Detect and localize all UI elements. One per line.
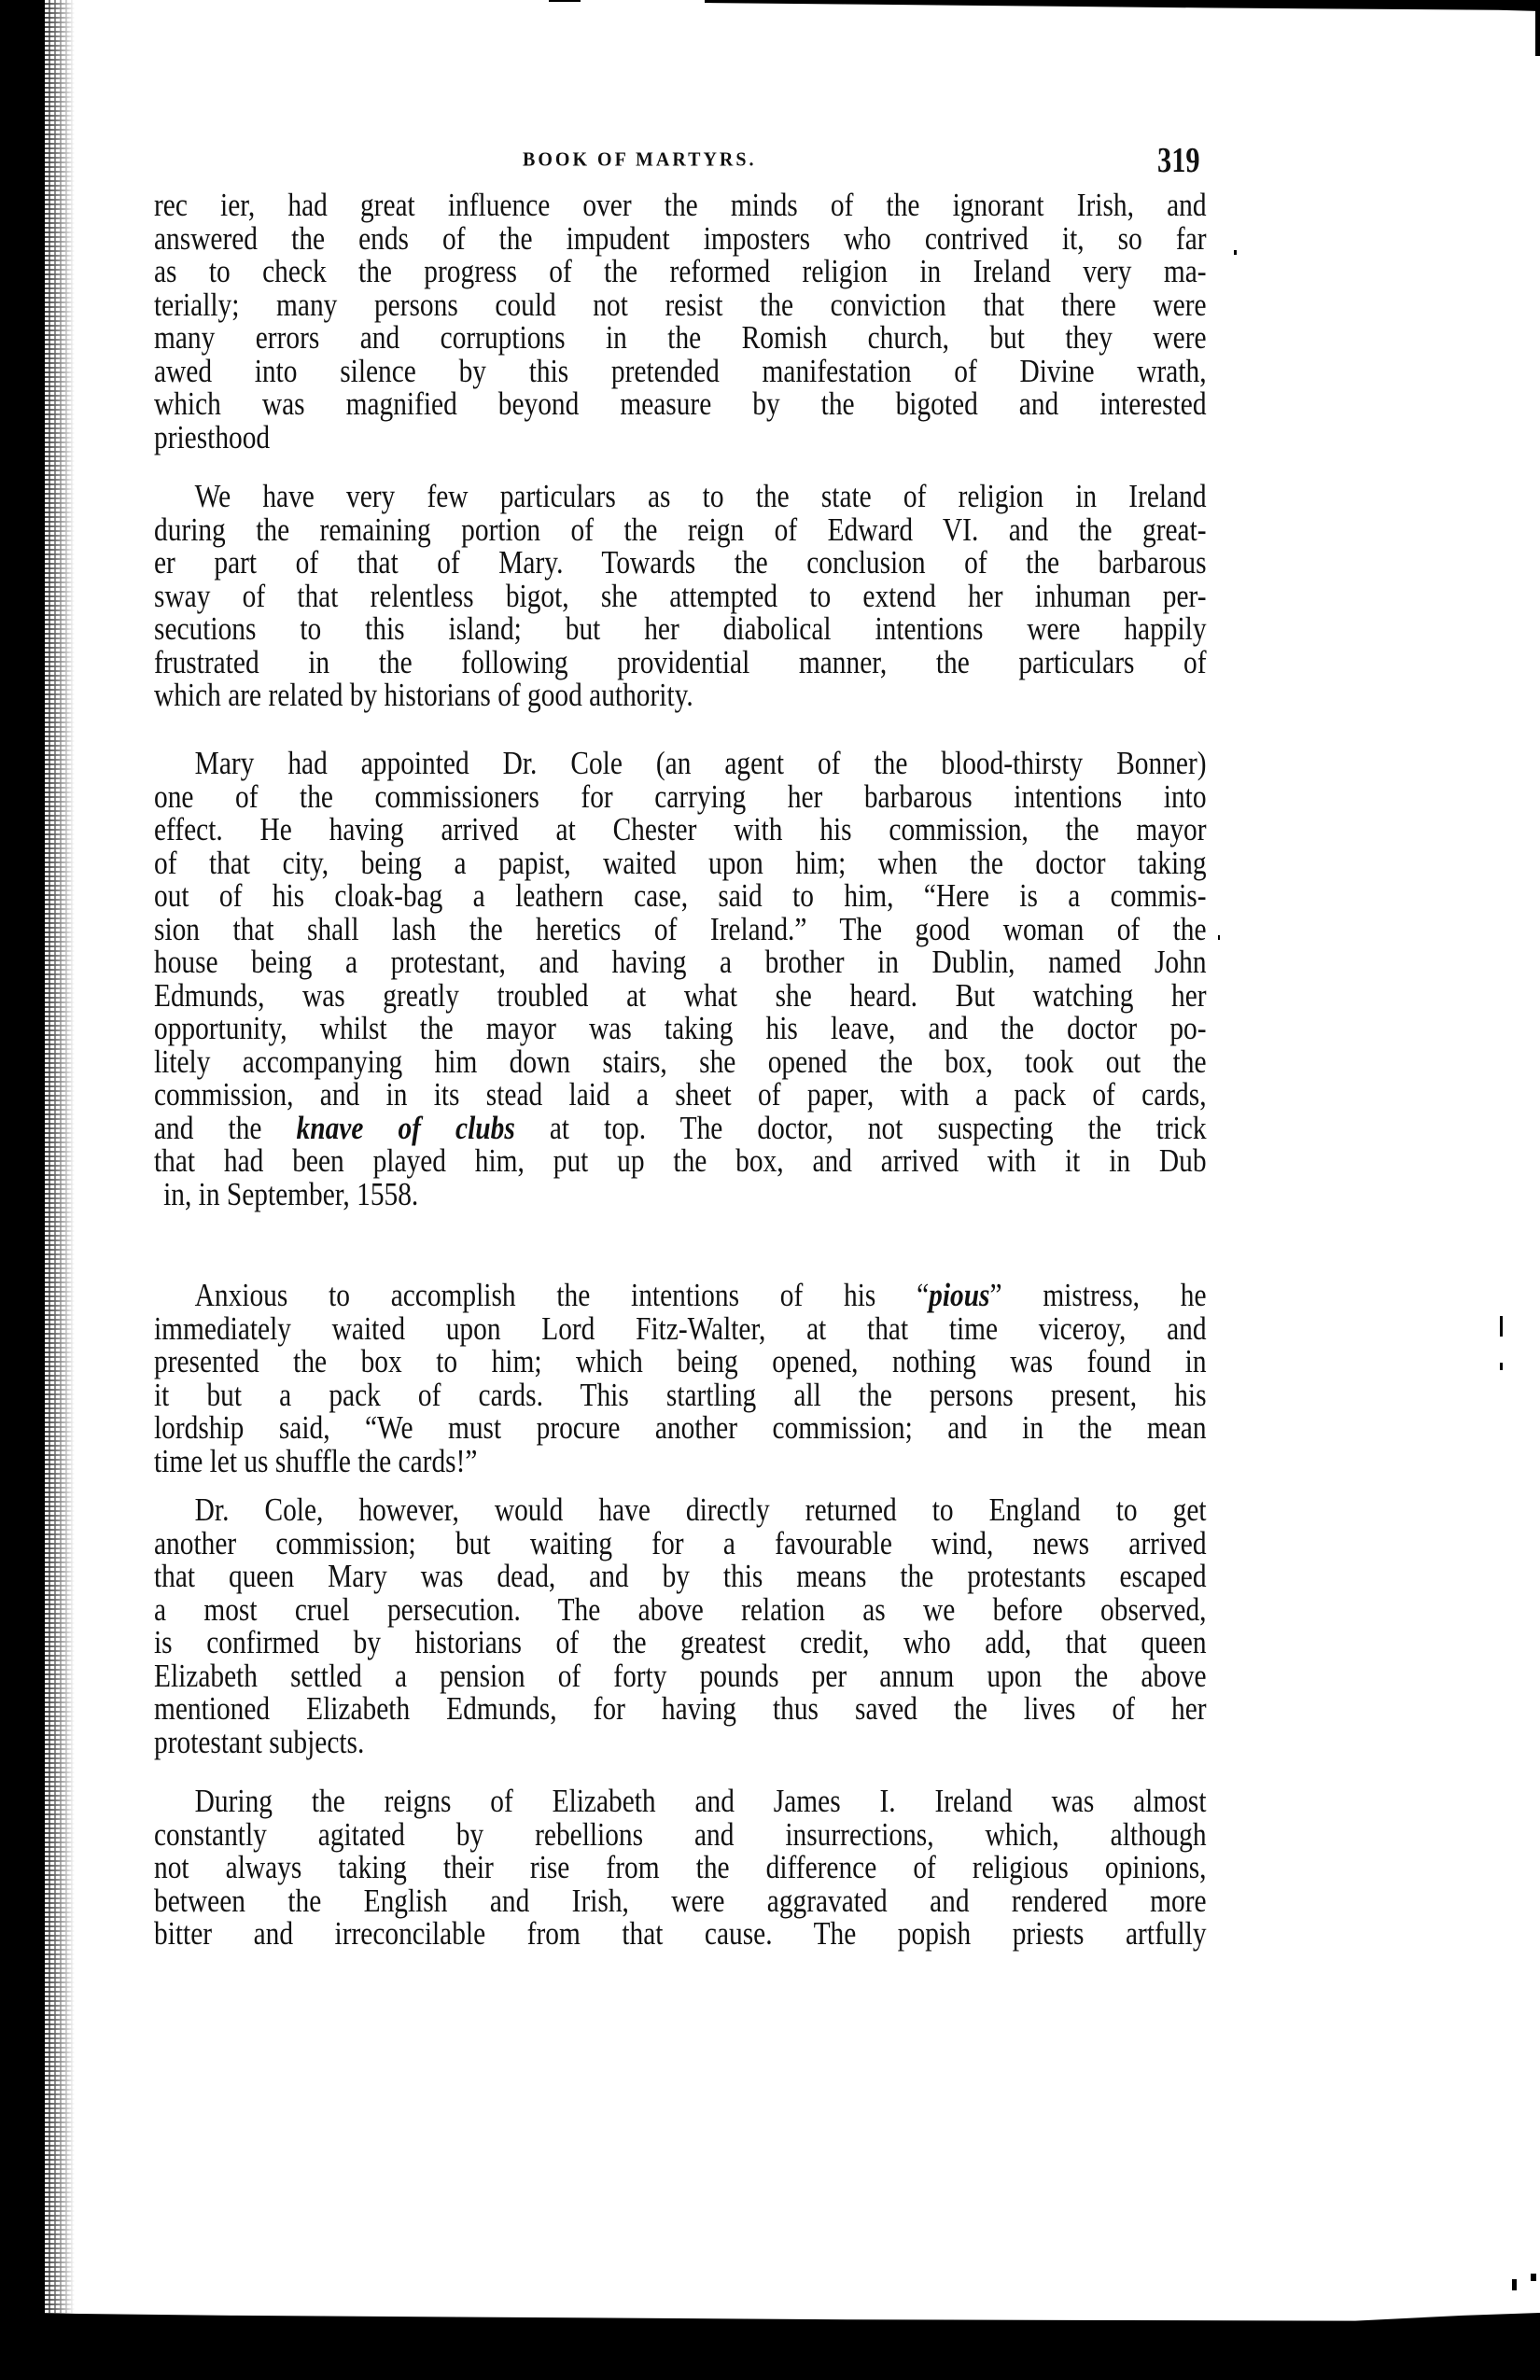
text-line: opportunity, whilst the mayor was taking…	[154, 1012, 1207, 1045]
text-line: presented the box to him; which being op…	[154, 1345, 1207, 1379]
scan-speck	[1500, 1316, 1503, 1337]
text-line: priesthood	[154, 421, 1207, 455]
paragraph-4: Anxious to accomplish the intentions of …	[154, 1279, 1207, 1477]
text-line: lordship said, “We must procure another …	[154, 1411, 1207, 1445]
text-line: of that city, being a papist, waited upo…	[154, 847, 1207, 880]
text-line: that queen Mary was dead, and by this me…	[154, 1560, 1207, 1593]
text-line: sion that shall lash the heretics of Ire…	[154, 913, 1207, 946]
scan-speck	[1218, 935, 1220, 940]
text-line: in, in September, 1558.	[154, 1178, 1207, 1211]
text-line: a most cruel persecution. The above rela…	[154, 1593, 1207, 1627]
text-line: another commission; but waiting for a fa…	[154, 1527, 1207, 1561]
text-line: During the reigns of Elizabeth and James…	[154, 1785, 1207, 1818]
text-line: protestant subjects.	[154, 1726, 1207, 1759]
scan-speck	[1531, 2274, 1536, 2281]
text-run: ” mistress, he	[990, 1277, 1207, 1313]
text-line: rec ier, had great influence over the mi…	[154, 189, 1207, 222]
scan-speck	[1500, 1363, 1503, 1370]
paragraph-2: We have very few particulars as to the s…	[154, 480, 1207, 712]
scan-border-bottom	[0, 2313, 1540, 2380]
scan-border-top	[705, 0, 1540, 11]
text-line: during the remaining portion of the reig…	[154, 513, 1207, 547]
text-line: as to check the progress of the reformed…	[154, 255, 1207, 288]
text-line: constantly agitated by rebellions and in…	[154, 1818, 1207, 1852]
paragraph-1: rec ier, had great influence over the mi…	[154, 189, 1207, 454]
italic-phrase: pious	[929, 1277, 989, 1313]
text-line: Edmunds, was greatly troubled at what sh…	[154, 979, 1207, 1013]
text-line: Elizabeth settled a pension of forty pou…	[154, 1659, 1207, 1693]
text-line: time let us shuffle the cards!”	[154, 1445, 1207, 1478]
text-line: between the English and Irish, were aggr…	[154, 1884, 1207, 1918]
scan-noise-left	[37, 0, 75, 2315]
text-line: effect. He having arrived at Chester wit…	[154, 813, 1207, 847]
text-line: Mary had appointed Dr. Cole (an agent of…	[154, 747, 1207, 780]
text-line: which was magnified beyond measure by th…	[154, 387, 1207, 421]
text-line: Dr. Cole, however, would have directly r…	[154, 1493, 1207, 1527]
italic-phrase: knave of clubs	[297, 1110, 515, 1146]
text-line: mentioned Elizabeth Edmunds, for having …	[154, 1692, 1207, 1726]
text-line: that had been played him, put up the box…	[154, 1144, 1207, 1178]
text-line: awed into silence by this pretended mani…	[154, 355, 1207, 388]
scan-speck	[1512, 2279, 1517, 2290]
text-line: commission, and in its stead laid a shee…	[154, 1078, 1207, 1112]
text-line: secutions to this island; but her diabol…	[154, 612, 1207, 646]
text-line: answered the ends of the impudent impost…	[154, 222, 1207, 256]
text-line: terially; many persons could not resist …	[154, 288, 1207, 322]
text-run: and the	[154, 1110, 297, 1146]
text-line: er part of that of Mary. Towards the con…	[154, 546, 1207, 580]
paragraph-3: Mary had appointed Dr. Cole (an agent of…	[154, 747, 1207, 1211]
text-line: not always taking their rise from the di…	[154, 1851, 1207, 1884]
scan-border-right	[1535, 0, 1540, 56]
text-line: house being a protestant, and having a b…	[154, 945, 1207, 979]
text-run: Anxious to accomplish the intentions of …	[195, 1277, 929, 1313]
text-line: sway of that relentless bigot, she attem…	[154, 580, 1207, 613]
paragraph-6: During the reigns of Elizabeth and James…	[154, 1785, 1207, 1951]
page-number: 319	[1157, 140, 1200, 181]
text-run: at top. The doctor, not suspecting the t…	[515, 1110, 1207, 1146]
paragraph-5: Dr. Cole, however, would have directly r…	[154, 1493, 1207, 1758]
text-line: one of the commissioners for carrying he…	[154, 780, 1207, 814]
text-line: frustrated in the following providential…	[154, 646, 1207, 679]
scan-mark-top	[549, 0, 581, 2]
text-line: is confirmed by historians of the greate…	[154, 1626, 1207, 1659]
text-line: many errors and corruptions in the Romis…	[154, 321, 1207, 355]
text-line: out of his cloak-bag a leathern case, sa…	[154, 879, 1207, 913]
text-line: litely accompanying him down stairs, she…	[154, 1045, 1207, 1079]
text-line: immediately waited upon Lord Fitz-Walter…	[154, 1312, 1207, 1346]
text-line: which are related by historians of good …	[154, 679, 1207, 712]
text-line: it but a pack of cards. This startling a…	[154, 1379, 1207, 1412]
text-line: and the knave of clubs at top. The docto…	[154, 1112, 1207, 1145]
text-line: Anxious to accomplish the intentions of …	[154, 1279, 1207, 1312]
scan-speck	[1234, 250, 1237, 255]
running-head: BOOK OF MARTYRS.	[523, 148, 756, 171]
text-line: We have very few particulars as to the s…	[154, 480, 1207, 513]
text-line: bitter and irreconcilable from that caus…	[154, 1917, 1207, 1951]
